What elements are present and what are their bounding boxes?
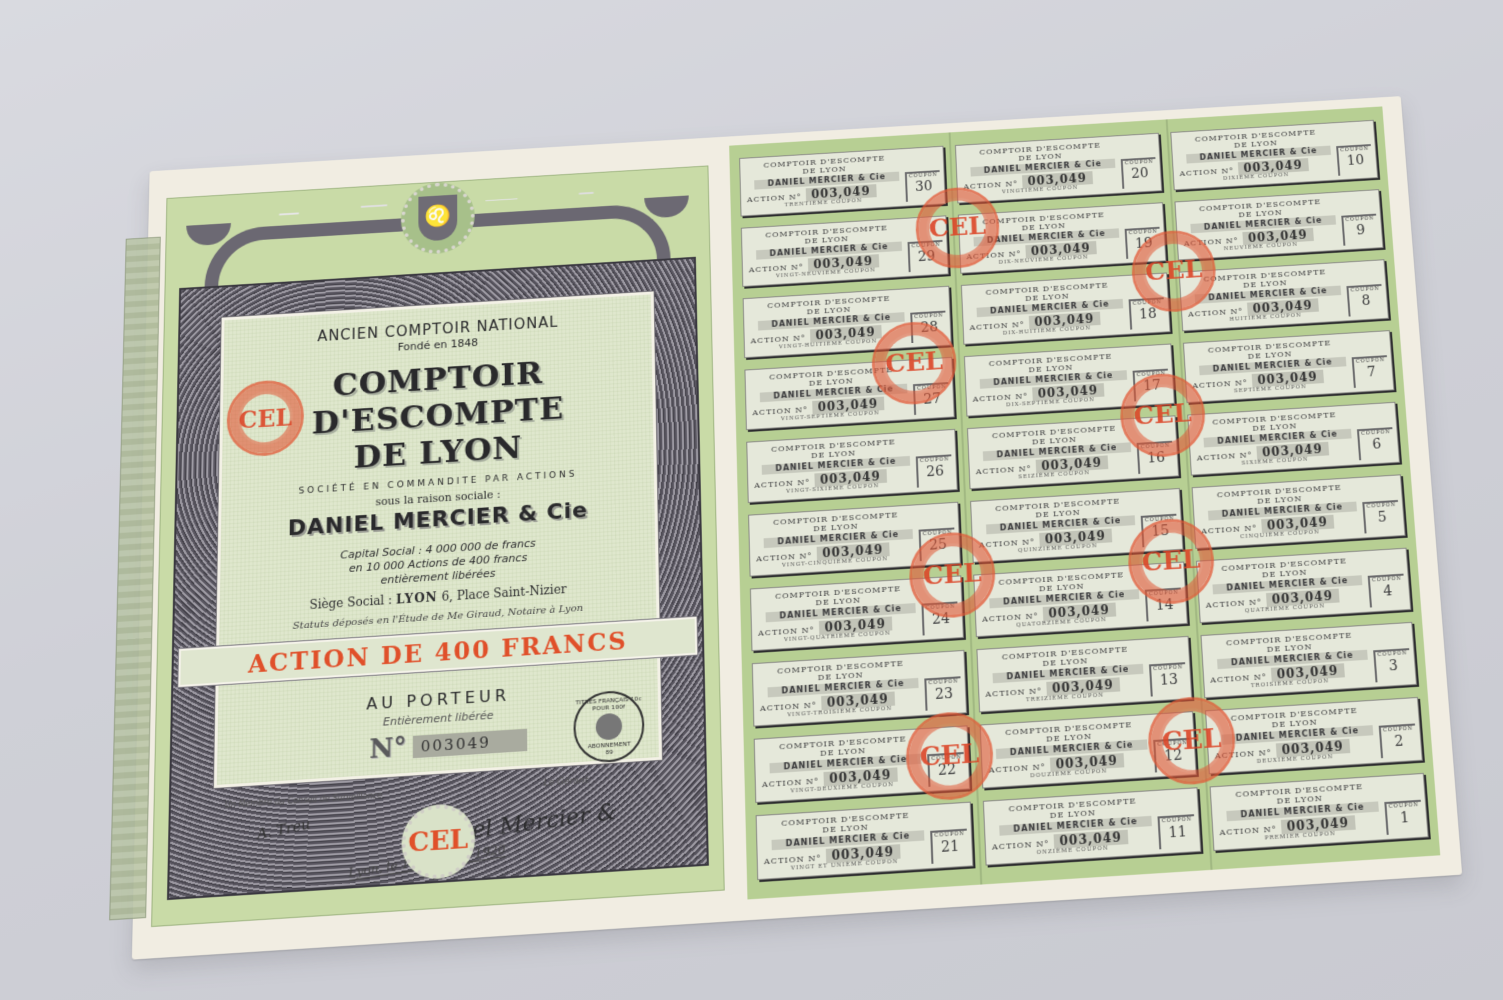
coupon-number: 9 <box>1356 223 1366 238</box>
coupon-number: 23 <box>935 686 954 703</box>
coupon: COMPTOIR D'ESCOMPTE DE LYON DANIEL MERCI… <box>1196 548 1411 624</box>
coupon-number-box: COUPON 9 <box>1341 214 1378 246</box>
coupon-number-box: COUPON 26 <box>916 454 953 487</box>
number-value: 003049 <box>413 729 528 759</box>
coupon-number: 14 <box>1155 597 1174 614</box>
coupon: COMPTOIR D'ESCOMPTE DE LYON DANIEL MERCI… <box>961 272 1171 344</box>
manager-label: Le Gérant <box>543 776 588 789</box>
coupon-label: COUPON <box>1153 664 1183 672</box>
coupon-label: COUPON <box>1157 740 1188 748</box>
coupon-number-box: COUPON 1 <box>1384 800 1423 835</box>
coupon-number: 24 <box>932 611 950 628</box>
coupon-number-box: COUPON 28 <box>910 311 946 344</box>
coupon-label: COUPON <box>1141 443 1171 451</box>
tax-stamp-top: TITRES FRANÇAIS 10c POUR 100f <box>575 695 642 713</box>
coupon: COMPTOIR D'ESCOMPTE DE LYON DANIEL MERCI… <box>1201 622 1417 698</box>
coupon: COMPTOIR D'ESCOMPTE DE LYON DANIEL MERCI… <box>955 133 1162 204</box>
coupon-number-box: COUPON 10 <box>1336 144 1373 176</box>
coupon: COMPTOIR D'ESCOMPTE DE LYON DANIEL MERCI… <box>744 357 954 430</box>
coupon: COMPTOIR D'ESCOMPTE DE LYON DANIEL MERCI… <box>1205 697 1423 774</box>
siege-label: Siège Social : <box>309 593 392 612</box>
coupon-label: COUPON <box>917 384 947 392</box>
coupon-number: 2 <box>1394 733 1404 750</box>
coupon-number-box: COUPON 16 <box>1137 441 1174 474</box>
lion-shield-icon: ♌ <box>418 195 457 242</box>
coupon-label: COUPON <box>928 678 958 686</box>
coupon: COMPTOIR D'ESCOMPTE DE LYON DANIEL MERCI… <box>739 146 946 217</box>
coupon: COMPTOIR D'ESCOMPTE DE LYON DANIEL MERCI… <box>973 562 1188 638</box>
coupon-label: COUPON <box>1145 516 1175 524</box>
coupon-number: 5 <box>1377 510 1387 526</box>
coupon-label: COUPON <box>931 754 962 762</box>
coupon-number: 6 <box>1372 437 1382 453</box>
coupon-label: COUPON <box>925 604 955 612</box>
coupon: COMPTOIR D'ESCOMPTE DE LYON DANIEL MERCI… <box>754 725 970 803</box>
coupon-number-box: COUPON 6 <box>1357 427 1395 460</box>
coupon-number: 22 <box>938 762 957 779</box>
action-title: ACTION DE 400 FRANCS <box>248 626 628 679</box>
coupon-number: 13 <box>1160 672 1179 689</box>
coupon-number-box: COUPON 18 <box>1129 297 1166 329</box>
coupon-column-3: COMPTOIR D'ESCOMPTE DE LYON DANIEL MERCI… <box>1170 120 1429 855</box>
ornamental-frame: ANCIEN COMPTOIR NATIONAL Fondé en 1848 C… <box>167 257 709 900</box>
share-certificate-sheet: ♌ ANCIEN COMPTOIR NATIONAL Fondé en 1848… <box>132 96 1462 960</box>
coupon-number-box: COUPON 23 <box>924 676 961 710</box>
coupon-number-box: COUPON 29 <box>908 240 944 272</box>
coupon-label: COUPON <box>1137 371 1167 379</box>
siege-address: 6, Place Saint-Nizier <box>441 582 566 604</box>
coupon-label: COUPON <box>920 456 950 464</box>
coupon-number-box: COUPON 3 <box>1373 648 1411 682</box>
siege-city: LYON <box>396 590 438 606</box>
coupon-label: COUPON <box>1129 229 1158 236</box>
coupon-number: 27 <box>923 391 941 407</box>
coupon-number: 15 <box>1151 523 1170 540</box>
coupon-number-box: COUPON 4 <box>1368 574 1406 608</box>
coupon-number-box: COUPON 17 <box>1133 369 1170 402</box>
tax-stamp: TITRES FRANÇAIS 10c POUR 100f ABONNEMENT… <box>573 689 645 764</box>
coupon-number: 28 <box>920 320 938 336</box>
coupon-number: 25 <box>929 537 947 554</box>
coupon-number: 12 <box>1164 747 1183 764</box>
coupon-number: 8 <box>1361 293 1371 309</box>
coupon-label: COUPON <box>1356 357 1386 365</box>
coupon-number: 30 <box>915 179 933 195</box>
coupon-number-box: COUPON 30 <box>905 170 941 202</box>
coupon-number-box: COUPON 13 <box>1149 662 1187 696</box>
coupon-label: COUPON <box>1149 590 1179 598</box>
coupon: COMPTOIR D'ESCOMPTE DE LYON DANIEL MERCI… <box>1187 402 1400 476</box>
coupon-number-box: COUPON 24 <box>921 601 958 635</box>
coupon-label: COUPON <box>914 313 943 320</box>
coupon-label: COUPON <box>1366 502 1396 510</box>
coupon-number-box: COUPON 27 <box>913 382 950 415</box>
coupon-label: COUPON <box>1372 576 1402 584</box>
coupon-number-box: COUPON 7 <box>1352 355 1390 388</box>
seal-monogram: CEL <box>238 403 292 434</box>
board-member-signature: A. Treu <box>256 816 311 843</box>
coupon: COMPTOIR D'ESCOMPTE DE LYON DANIEL MERCI… <box>980 711 1197 788</box>
urn-ornament-right <box>644 195 689 218</box>
coupon-number: 19 <box>1135 236 1153 252</box>
coupon-label: COUPON <box>1345 216 1374 223</box>
side-guilloche-band <box>109 237 161 921</box>
coupon-number-box: COUPON 25 <box>919 527 956 561</box>
coupon-label: COUPON <box>1162 816 1193 824</box>
coupon-number-box: COUPON 11 <box>1157 814 1195 849</box>
coupon-number: 17 <box>1143 378 1161 394</box>
coupon: COMPTOIR D'ESCOMPTE DE LYON DANIEL MERCI… <box>743 286 952 358</box>
coupon-number: 29 <box>918 249 936 265</box>
coupon-number: 16 <box>1147 450 1165 467</box>
tax-stamp-code: 89 <box>605 749 613 757</box>
coupon: COMPTOIR D'ESCOMPTE DE LYON DANIEL MERCI… <box>741 215 949 287</box>
coupon-number: 10 <box>1346 153 1364 169</box>
coupon: COMPTOIR D'ESCOMPTE DE LYON DANIEL MERCI… <box>1174 189 1383 260</box>
coupon-label: COUPON <box>1133 299 1163 306</box>
coupon: COMPTOIR D'ESCOMPTE DE LYON DANIEL MERCI… <box>958 202 1166 273</box>
coupon-number: 11 <box>1168 824 1187 842</box>
coupon-number-box: COUPON 19 <box>1125 227 1162 259</box>
coupon-label: COUPON <box>1361 429 1391 437</box>
coupon-label: COUPON <box>909 172 938 179</box>
coupon-number-box: COUPON 20 <box>1121 157 1157 189</box>
coupon-label: COUPON <box>1383 726 1414 734</box>
coupon: COMPTOIR D'ESCOMPTE DE LYON DANIEL MERCI… <box>748 502 961 577</box>
coupon-number-box: COUPON 5 <box>1362 500 1400 534</box>
coupon-number: 1 <box>1400 810 1410 827</box>
coupon-number: 20 <box>1131 166 1149 182</box>
coupon: COMPTOIR D'ESCOMPTE DE LYON DANIEL MERCI… <box>1179 259 1389 331</box>
coupon-column-2: COMPTOIR D'ESCOMPTE DE LYON DANIEL MERCI… <box>955 133 1202 870</box>
coupon-number-box: COUPON 8 <box>1346 284 1383 316</box>
certificate-text-area: ANCIEN COMPTOIR NATIONAL Fondé en 1848 C… <box>214 291 662 788</box>
monogram-text: CEL <box>408 824 468 859</box>
coupon-number-box: COUPON 2 <box>1379 723 1418 758</box>
coupon-number: 26 <box>926 464 944 481</box>
coupon: COMPTOIR D'ESCOMPTE DE LYON DANIEL MERCI… <box>1192 474 1406 549</box>
coupon: COMPTOIR D'ESCOMPTE DE LYON DANIEL MERCI… <box>967 415 1179 489</box>
coupon-label: COUPON <box>1377 650 1407 658</box>
coupon-number: 4 <box>1383 583 1393 599</box>
coupon-label: COUPON <box>1125 159 1154 166</box>
coupon-number: 3 <box>1388 658 1398 675</box>
coupon-number-box: COUPON 21 <box>930 829 968 864</box>
coupon-number-box: COUPON 22 <box>927 752 965 787</box>
coupon: COMPTOIR D'ESCOMPTE DE LYON DANIEL MERCI… <box>756 802 974 881</box>
coupon: COMPTOIR D'ESCOMPTE DE LYON DANIEL MERCI… <box>1210 773 1429 851</box>
coupon-number-box: COUPON 15 <box>1141 514 1178 548</box>
certificate-number: N° 003049 <box>369 725 527 765</box>
coupon: COMPTOIR D'ESCOMPTE DE LYON DANIEL MERCI… <box>750 575 964 651</box>
coupon: COMPTOIR D'ESCOMPTE DE LYON DANIEL MERCI… <box>1170 120 1378 191</box>
coupon: COMPTOIR D'ESCOMPTE DE LYON DANIEL MERCI… <box>964 343 1175 416</box>
coupon-number: 21 <box>941 838 960 856</box>
coupon: COMPTOIR D'ESCOMPTE DE LYON DANIEL MERCI… <box>970 488 1183 563</box>
board-member-label: Un Membre du Conseil de Surveillance <box>225 791 383 810</box>
marianne-head-icon <box>596 713 623 741</box>
coupon-number-box: COUPON 12 <box>1153 738 1191 773</box>
coupon-label: COUPON <box>923 530 953 538</box>
coupon-sheet: COMPTOIR D'ESCOMPTE DE LYON DANIEL MERCI… <box>729 106 1440 899</box>
coupon-number: 7 <box>1366 365 1376 381</box>
certificate-panel: ♌ ANCIEN COMPTOIR NATIONAL Fondé en 1848… <box>151 165 725 927</box>
coupon: COMPTOIR D'ESCOMPTE DE LYON DANIEL MERCI… <box>976 636 1192 713</box>
coupon: COMPTOIR D'ESCOMPTE DE LYON DANIEL MERCI… <box>746 429 957 503</box>
coupon-label: COUPON <box>1350 286 1380 293</box>
coupon-column-1: COMPTOIR D'ESCOMPTE DE LYON DANIEL MERCI… <box>739 146 973 885</box>
coupon: COMPTOIR D'ESCOMPTE DE LYON DANIEL MERCI… <box>1183 330 1394 403</box>
coupon: COMPTOIR D'ESCOMPTE DE LYON DANIEL MERCI… <box>983 787 1201 865</box>
coupon-number: 18 <box>1139 306 1157 322</box>
coupon-label: COUPON <box>1388 802 1419 810</box>
coupon: COMPTOIR D'ESCOMPTE DE LYON DANIEL MERCI… <box>752 650 967 727</box>
coupon-label: COUPON <box>934 831 965 839</box>
number-label: N° <box>369 732 406 765</box>
coupon-number-box: COUPON 14 <box>1145 587 1183 621</box>
coupon-label: COUPON <box>911 242 940 249</box>
coupon-label: COUPON <box>1340 146 1369 153</box>
